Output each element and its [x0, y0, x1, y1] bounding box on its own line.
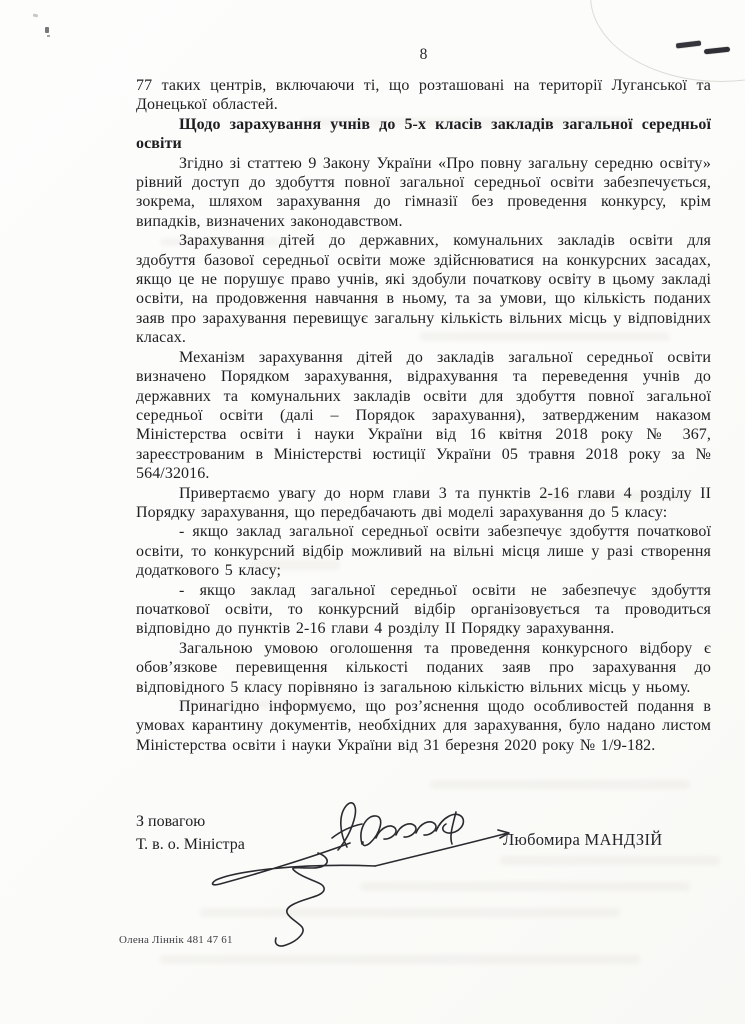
bleed-through: [430, 780, 690, 789]
scan-fold-artifact: [590, 0, 745, 82]
list-item: - якщо заклад загальної середньої освіти…: [136, 522, 711, 580]
paragraph: Згідно зі статтею 9 Закону України «Про …: [136, 154, 711, 232]
paragraph: Зарахування дітей до державних, комуналь…: [136, 231, 711, 347]
signer-title: Т. в. о. Міністра: [136, 836, 245, 854]
bleed-through: [360, 882, 690, 891]
page-number: 8: [136, 46, 711, 64]
bleed-through: [500, 856, 720, 865]
paragraph: Загальною умовою оголошення та проведенн…: [136, 639, 711, 697]
scan-speck: [33, 14, 39, 18]
scanned-document-page: 8 77 таких центрів, включаючи ті, що роз…: [0, 0, 745, 1024]
list-item: - якщо заклад загальної середньої освіти…: [136, 581, 711, 639]
bleed-through: [160, 955, 640, 964]
closing-phrase: З повагою: [136, 813, 205, 831]
paragraph: Привертаємо увагу до норм глави 3 та пун…: [136, 484, 711, 523]
paragraph: Принагідно інформуємо, що роз’яснення що…: [136, 697, 711, 755]
section-heading: Щодо зарахування учнів до 5-х класів зак…: [136, 115, 711, 154]
scan-speck: [47, 35, 50, 37]
paragraph: 77 таких центрів, включаючи ті, що розта…: [136, 76, 711, 115]
paragraph: Механізм зарахування дітей до закладів з…: [136, 348, 711, 484]
letter-body: 77 таких центрів, включаючи ті, що розта…: [136, 76, 711, 755]
executor-contact: Олена Ліннік 481 47 61: [119, 934, 233, 946]
signer-name: Любомира МАНДЗІЙ: [503, 830, 662, 850]
bleed-through: [200, 908, 620, 917]
scan-speck: [45, 27, 49, 33]
